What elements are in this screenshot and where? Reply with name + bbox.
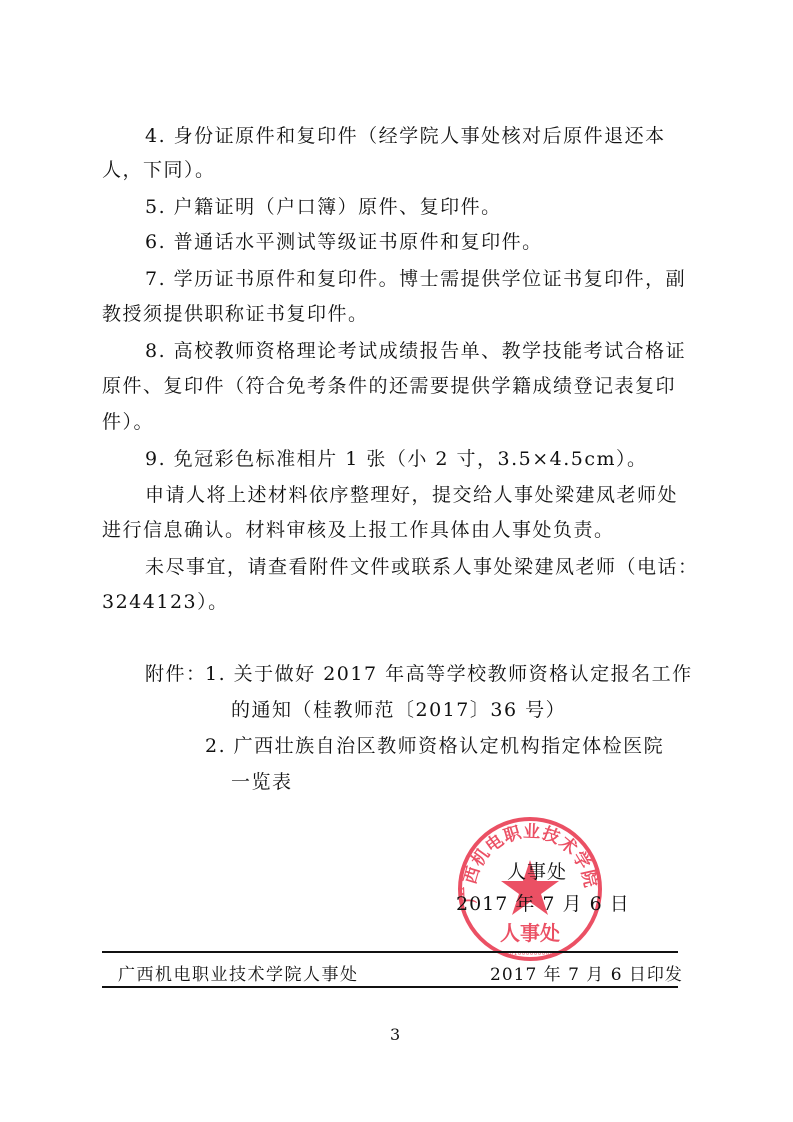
- body-line: 3244123）。: [102, 590, 229, 614]
- body-line: 人，下同）。: [102, 158, 216, 182]
- signature-department: 人事处: [507, 860, 567, 884]
- body-line: 进行信息确认。材料审核及上报工作具体由人事处负责。: [102, 518, 615, 542]
- body-line: 申请人将上述材料依序整理好，提交给人事处梁建凤老师处: [145, 483, 678, 507]
- body-line: 9. 免冠彩色标准相片 1 张（小 2 寸，3.5×4.5cm）。: [145, 447, 648, 471]
- body-line: 6. 普通话水平测试等级证书原件和复印件。: [145, 230, 543, 254]
- body-line: 原件、复印件（符合免考条件的还需要提供学籍成绩登记表复印: [102, 374, 676, 398]
- body-line: 8. 高校教师资格理论考试成绩报告单、教学技能考试合格证: [145, 339, 686, 363]
- attachments-label: 附件：: [145, 662, 207, 686]
- attachment-item: 2. 广西壮族自治区教师资格认定机构指定体检医院: [205, 734, 664, 758]
- body-line: 7. 学历证书原件和复印件。博士需提供学位证书复印件，副: [145, 267, 686, 291]
- svg-text:人事处: 人事处: [500, 921, 560, 945]
- body-line: 4. 身份证原件和复印件（经学院人事处核对后原件退还本: [145, 124, 666, 148]
- signature-date: 2017 年 7 月 6 日: [456, 892, 630, 916]
- body-line: 未尽事宜，请查看附件文件或联系人事处梁建凤老师（电话：: [145, 555, 699, 579]
- body-line: 教授须提供职称证书复印件。: [102, 302, 369, 326]
- attachment-item: 1. 关于做好 2017 年高等学校教师资格认定报名工作: [205, 662, 693, 686]
- footer-bottom-rule: [102, 986, 678, 988]
- attachment-item: 一览表: [231, 770, 293, 794]
- body-line: 件）。: [102, 410, 154, 434]
- footer-issuer: 广西机电职业技术学院人事处: [118, 960, 359, 985]
- attachment-item: 的通知（桂教师范〔2017〕36 号）: [231, 698, 566, 722]
- footer-top-rule: [102, 951, 678, 953]
- official-seal-icon: 广西机电职业技术学院 人事处 45010000000000: [455, 815, 605, 963]
- body-line: 5. 户籍证明（户口簿）原件、复印件。: [145, 195, 502, 219]
- footer-issue-date: 2017 年 7 月 6 日印发: [490, 960, 683, 985]
- page-number: 3: [390, 1025, 400, 1044]
